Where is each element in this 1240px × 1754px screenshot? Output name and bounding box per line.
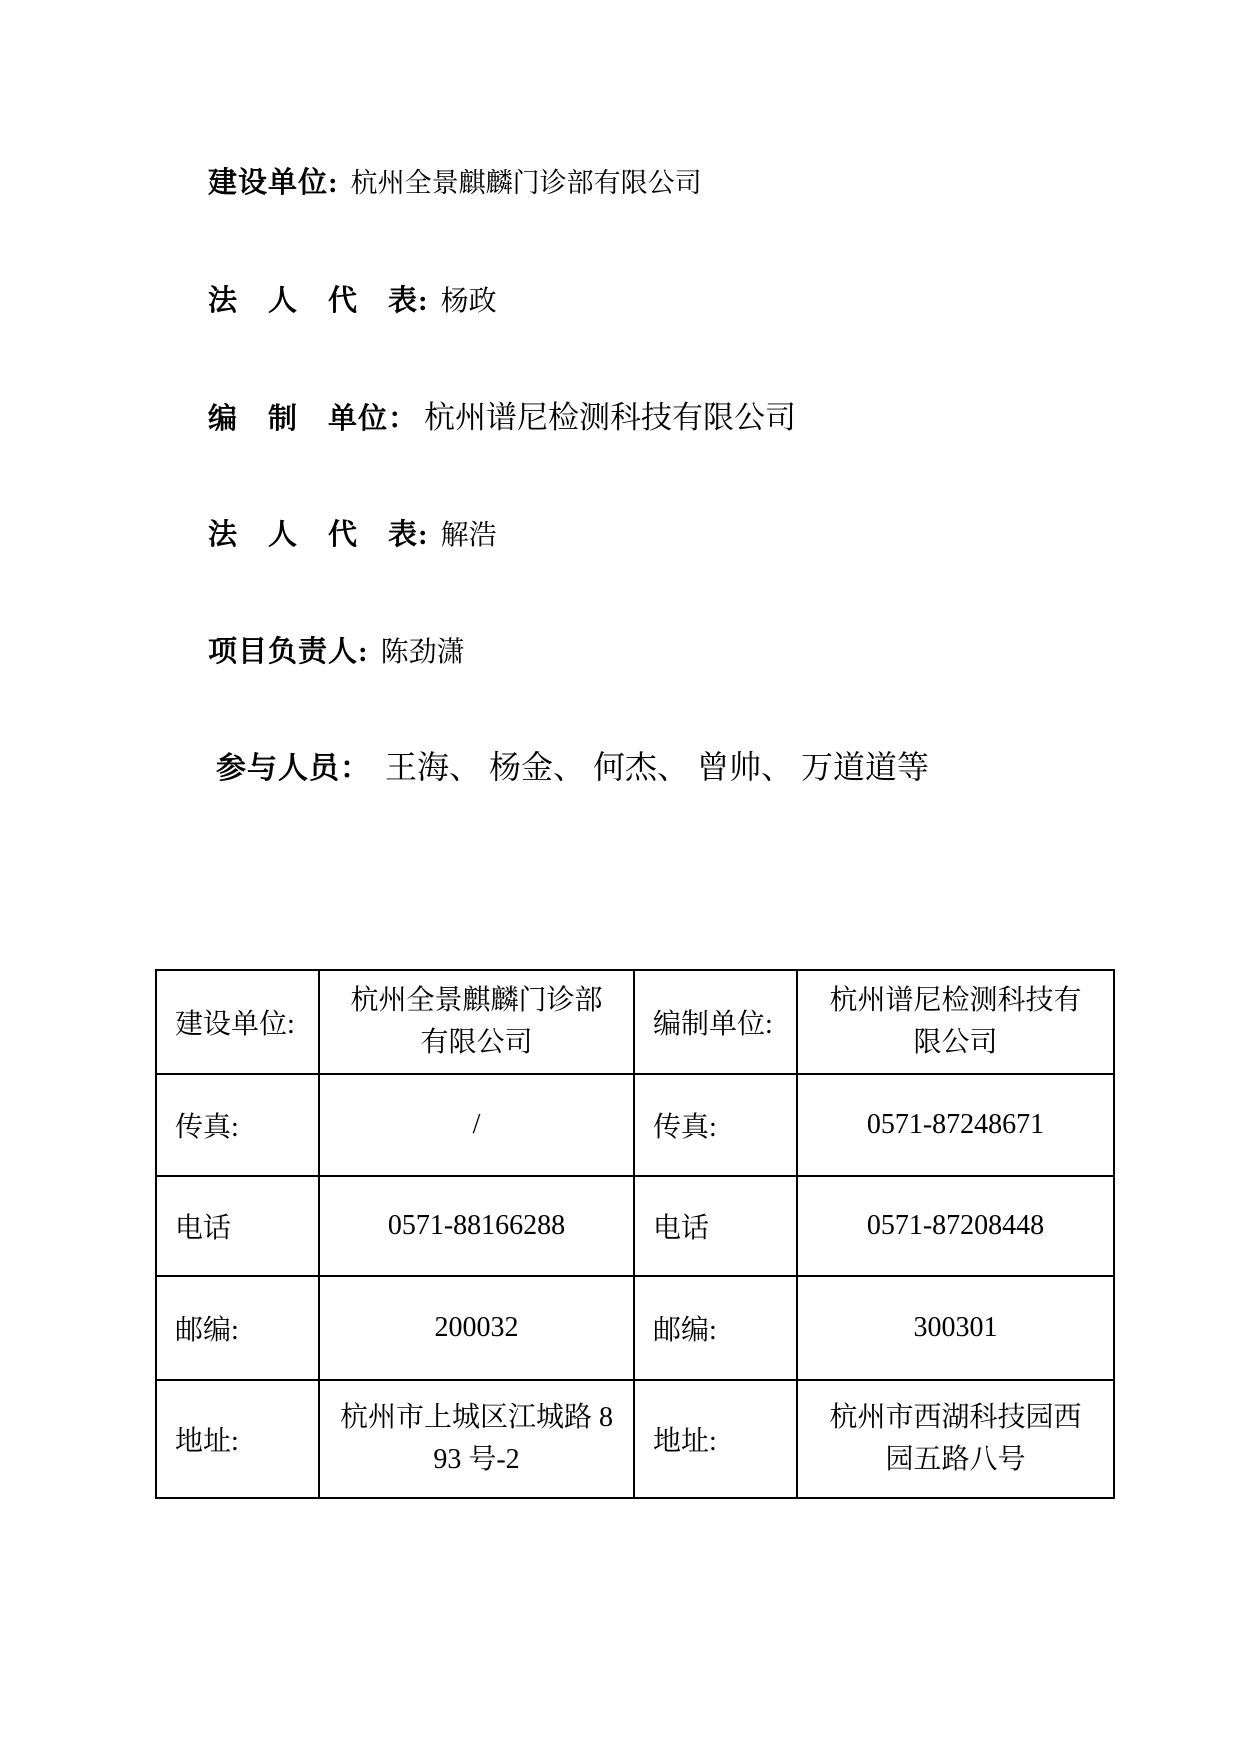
table-row: 地址: 杭州市上城区江城路 8 93 号-2 地址: 杭州市西湖科技园西 园五路…: [156, 1380, 1114, 1498]
info-line-project-leader: 项目负责人:陈劲潇: [208, 632, 465, 677]
table-cell-value: 200032: [319, 1276, 634, 1380]
table-cell-label: 地址:: [156, 1380, 319, 1498]
info-value: 杭州谱尼检测科技有限公司: [424, 400, 796, 435]
table-cell-label: 传真:: [156, 1074, 319, 1176]
table-cell-label: 电话: [156, 1176, 319, 1276]
table-cell-value: 0571-87248671: [797, 1074, 1114, 1176]
table-cell-label: 地址:: [634, 1380, 797, 1498]
table-row: 电话 0571-88166288 电话 0571-87208448: [156, 1176, 1114, 1276]
table-cell-value: 杭州市西湖科技园西 园五路八号: [797, 1380, 1114, 1498]
info-value: 解浩: [441, 520, 497, 551]
table-cell-value: 杭州市上城区江城路 8 93 号-2: [319, 1380, 634, 1498]
info-line-legal-rep-1: 法 人 代 表:杨政: [208, 281, 497, 326]
info-label: 法 人 代 表:: [208, 285, 429, 317]
info-line-participants: 参与人员：王海、 杨金、 何杰、 曾帅、 万道道等: [216, 747, 929, 794]
table-row: 邮编: 200032 邮编: 300301: [156, 1276, 1114, 1380]
info-value: 陈劲潇: [381, 637, 465, 668]
table-row: 传真: / 传真: 0571-87248671: [156, 1074, 1114, 1176]
table-cell-label: 邮编:: [634, 1276, 797, 1380]
table-cell-label: 传真:: [634, 1074, 797, 1176]
table-cell-label: 电话: [634, 1176, 797, 1276]
info-label: 编 制 单位：: [208, 403, 418, 435]
info-value: 王海、 杨金、 何杰、 曾帅、 万道道等: [385, 749, 929, 785]
info-label: 法 人 代 表:: [208, 519, 429, 551]
table-cell-label: 建设单位:: [156, 970, 319, 1074]
info-line-compiling-unit: 编 制 单位：杭州谱尼检测科技有限公司: [208, 398, 796, 444]
info-line-legal-rep-2: 法 人 代 表:解浩: [208, 515, 497, 560]
document-page: 建设单位:杭州全景麒麟门诊部有限公司 法 人 代 表:杨政 编 制 单位：杭州谱…: [0, 0, 1240, 1754]
info-value: 杨政: [441, 286, 497, 317]
contact-table: 建设单位: 杭州全景麒麟门诊部 有限公司 编制单位: 杭州谱尼检测科技有 限公司…: [155, 969, 1115, 1499]
table-cell-value: 杭州谱尼检测科技有 限公司: [797, 970, 1114, 1074]
info-label: 项目负责人:: [208, 636, 369, 668]
table-cell-value: 0571-88166288: [319, 1176, 634, 1276]
table-cell-value: 0571-87208448: [797, 1176, 1114, 1276]
table-cell-label: 编制单位:: [634, 970, 797, 1074]
table-cell-value: 杭州全景麒麟门诊部 有限公司: [319, 970, 634, 1074]
table-cell-value: 300301: [797, 1276, 1114, 1380]
table-cell-label: 邮编:: [156, 1276, 319, 1380]
info-line-construction-unit: 建设单位:杭州全景麒麟门诊部有限公司: [208, 163, 702, 208]
info-label: 建设单位:: [208, 167, 339, 199]
info-value: 杭州全景麒麟门诊部有限公司: [351, 168, 702, 198]
info-label: 参与人员：: [216, 752, 371, 785]
table-cell-value: /: [319, 1074, 634, 1176]
table-row: 建设单位: 杭州全景麒麟门诊部 有限公司 编制单位: 杭州谱尼检测科技有 限公司: [156, 970, 1114, 1074]
